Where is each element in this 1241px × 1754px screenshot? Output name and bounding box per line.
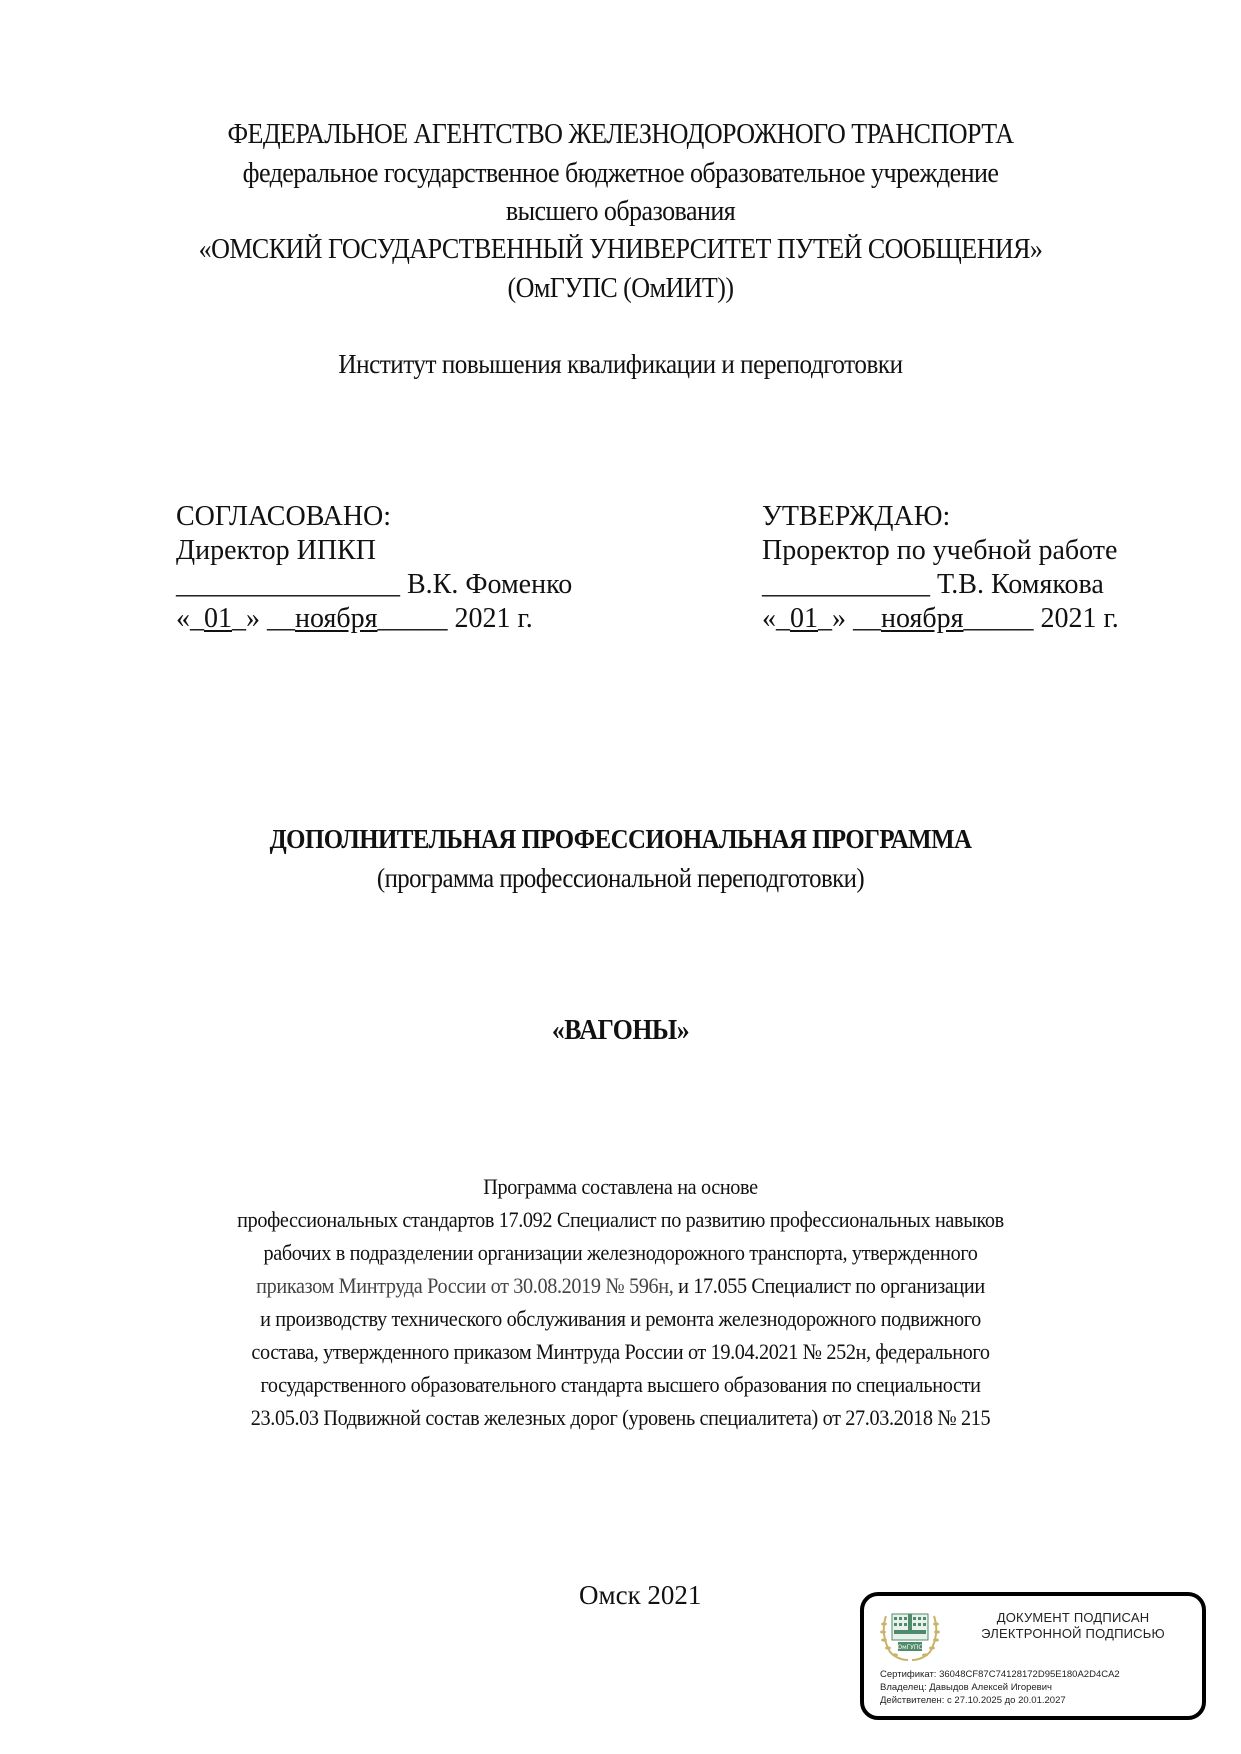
agency-name: ФЕДЕРАЛЬНОЕ АГЕНТСТВО ЖЕЛЕЗНОДОРОЖНОГО Т… <box>43 116 1197 154</box>
stamp-heading-line2: ЭЛЕКТРОННОЙ ПОДПИСЬЮ <box>948 1626 1198 1642</box>
approved-day: 01 <box>790 603 818 634</box>
basis-line-4: приказом Минтруда России от 30.08.2019 №… <box>50 1269 1192 1302</box>
stamp-heading-line1: ДОКУМЕНТ ПОДПИСАН <box>948 1610 1198 1626</box>
approved-signature-line: ____________ <box>762 569 930 600</box>
date-open-quote: «_ <box>176 603 204 634</box>
program-subtitle: (программа профессиональной переподготов… <box>50 863 1192 894</box>
agreed-month: ноября <box>295 603 377 634</box>
electronic-signature-stamp: ОмГУПС ДОКУМЕНТ ПОДПИСАН ЭЛЕКТРОННОЙ ПОД… <box>860 1592 1206 1720</box>
stamp-validity: Действителен: с 27.10.2025 до 20.01.2027 <box>880 1694 1120 1707</box>
agreed-signer-name: В.К. Фоменко <box>407 569 572 600</box>
institution-type-line1: федеральное государственное бюджетное об… <box>43 155 1197 193</box>
basis-line-4-tail: и 17.055 Специалист по организации <box>673 1273 984 1298</box>
agreed-date: «_01_» __ноября_____ 2021 г. <box>176 602 572 636</box>
approved-month: ноября <box>881 603 963 634</box>
agreed-signature-line: ________________ <box>176 569 400 600</box>
approved-block: УТВЕРЖДАЮ: Проректор по учебной работе _… <box>762 500 1119 636</box>
stamp-owner: Владелец: Давыдов Алексей Игоревич <box>880 1681 1120 1694</box>
stamp-details: Сертификат: 36048CF87C74128172D95E180A2D… <box>880 1668 1120 1707</box>
date-close-quote: _» __ <box>232 603 295 634</box>
basis-line-8: 23.05.03 Подвижной состав железных дорог… <box>50 1401 1192 1434</box>
stamp-heading: ДОКУМЕНТ ПОДПИСАН ЭЛЕКТРОННОЙ ПОДПИСЬЮ <box>948 1610 1198 1642</box>
stamp-certificate: Сертификат: 36048CF87C74128172D95E180A2D… <box>880 1668 1120 1681</box>
date-close-quote: _» __ <box>818 603 881 634</box>
agreed-block: СОГЛАСОВАНО: Директор ИПКП _____________… <box>176 500 572 636</box>
institute-name: Институт повышения квалификации и перепо… <box>43 349 1197 380</box>
basis-line-2: профессиональных стандартов 17.092 Специ… <box>50 1203 1192 1236</box>
program-title: ДОПОЛНИТЕЛЬНАЯ ПРОФЕССИОНАЛЬНАЯ ПРОГРАММ… <box>50 824 1192 855</box>
city-year: Омск 2021 <box>579 1580 701 1611</box>
svg-text:ОмГУПС: ОмГУПС <box>897 1644 922 1651</box>
approved-year: _____ 2021 г. <box>963 603 1118 634</box>
basis-order-reference: приказом Минтруда России от 30.08.2019 №… <box>256 1273 673 1298</box>
approved-signature-row: ____________ Т.В. Комякова <box>762 568 1119 602</box>
agreed-signature-row: ________________ В.К. Фоменко <box>176 568 572 602</box>
basis-line-3: рабочих в подразделении организации желе… <box>50 1236 1192 1269</box>
agreed-heading: СОГЛАСОВАНО: <box>176 500 572 534</box>
university-abbreviation: (ОмГУПС (ОмИИТ)) <box>43 270 1197 308</box>
agreed-position: Директор ИПКП <box>176 534 572 568</box>
basis-line-6: состава, утвержденного приказом Минтруда… <box>50 1335 1192 1368</box>
approved-signer-name: Т.В. Комякова <box>937 569 1104 600</box>
approved-date: «_01_» __ноября_____ 2021 г. <box>762 602 1119 636</box>
institution-type-line2: высшего образования <box>43 193 1197 231</box>
program-name: «ВАГОНЫ» <box>50 1015 1192 1047</box>
basis-line-5: и производству технического обслуживания… <box>50 1302 1192 1335</box>
university-emblem-icon: ОмГУПС <box>878 1606 942 1662</box>
date-open-quote: «_ <box>762 603 790 634</box>
approved-position: Проректор по учебной работе <box>762 534 1119 568</box>
university-name: «ОМСКИЙ ГОСУДАРСТВЕННЫЙ УНИВЕРСИТЕТ ПУТЕ… <box>43 231 1197 269</box>
agreed-year: _____ 2021 г. <box>377 603 532 634</box>
basis-line-7: государственного образовательного станда… <box>50 1368 1192 1401</box>
approved-heading: УТВЕРЖДАЮ: <box>762 500 1119 534</box>
agreed-day: 01 <box>204 603 232 634</box>
basis-line-1: Программа составлена на основе <box>50 1170 1192 1203</box>
